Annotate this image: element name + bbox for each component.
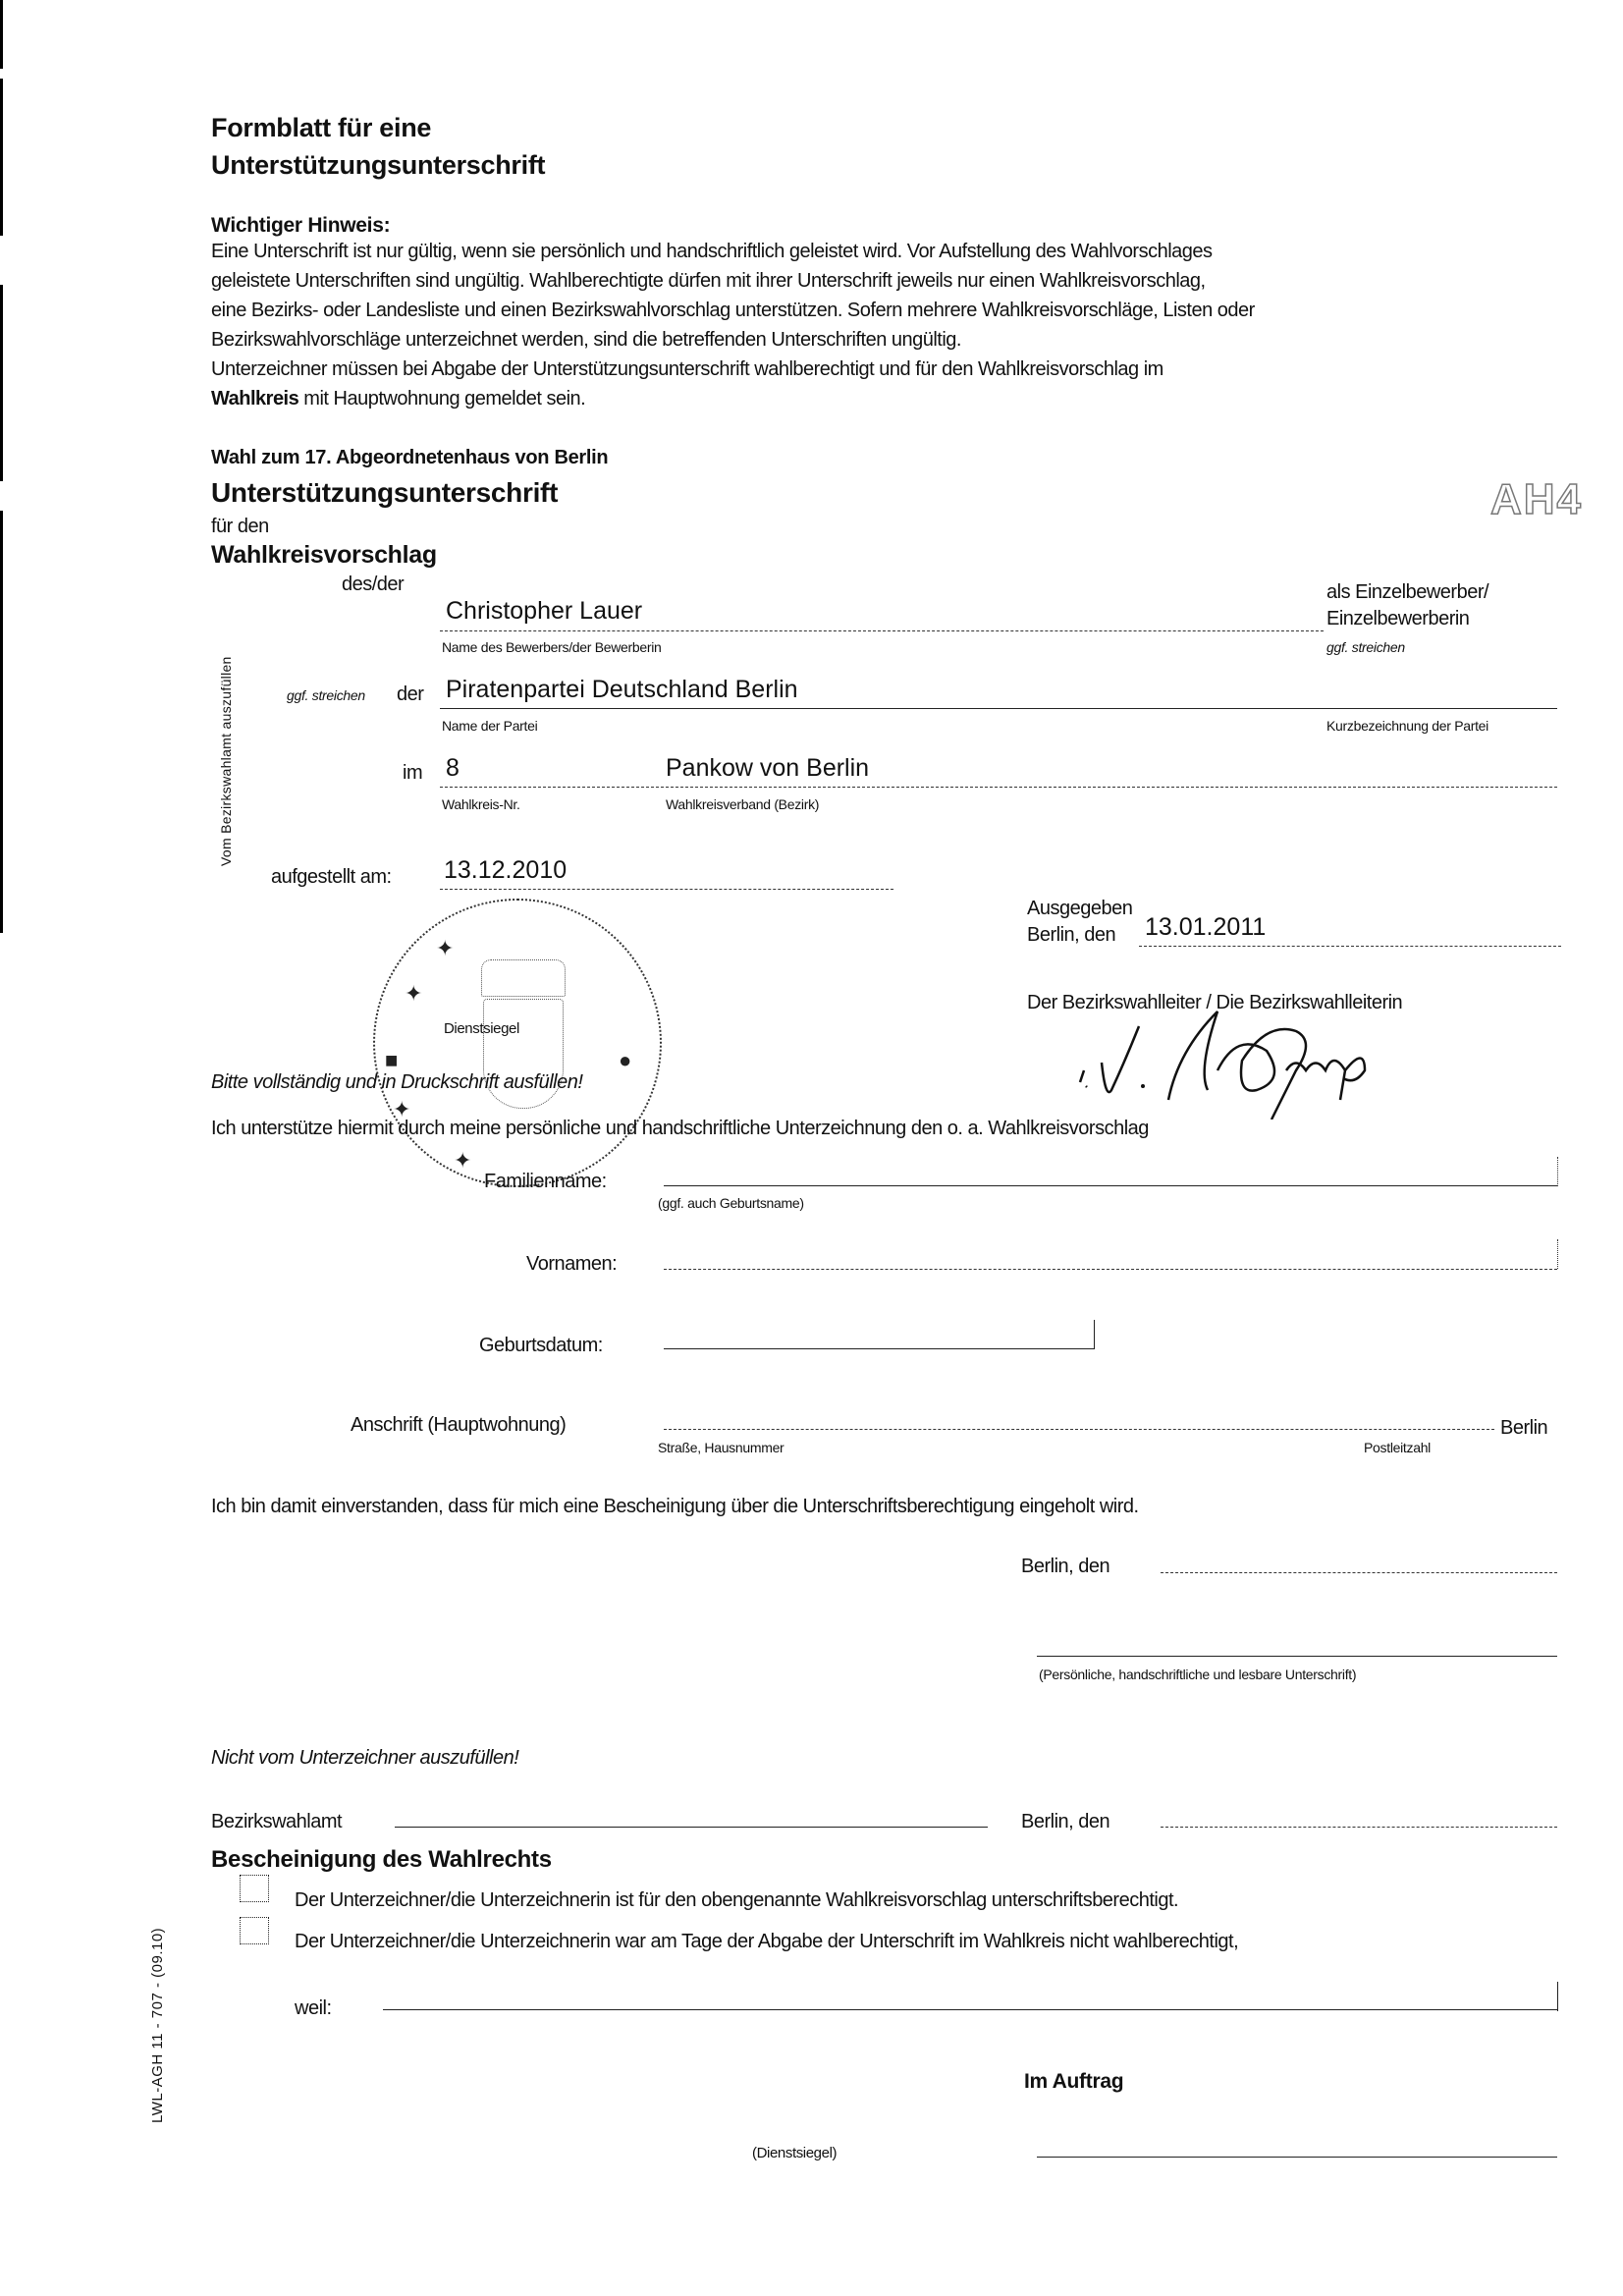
- scan-edge: [0, 79, 3, 236]
- candidate-name-line: [440, 630, 1324, 631]
- form-title-line2: Unterstützungsunterschrift: [211, 147, 545, 183]
- anschrift-line: [664, 1429, 1494, 1430]
- seal-label: Dienstsiegel: [444, 1020, 519, 1037]
- issued-date-value[interactable]: 13.01.2011: [1145, 913, 1266, 942]
- bezirkswahlamt-input[interactable]: [397, 1799, 986, 1829]
- supporter-berlin-den-label: Berlin, den: [1021, 1552, 1109, 1581]
- aufgestellt-line: [440, 889, 893, 890]
- certification-heading: Bescheinigung des Wahlrechts: [211, 1846, 552, 1874]
- aufgestellt-label: aufgestellt am:: [271, 862, 392, 892]
- vornamen-input[interactable]: [668, 1241, 1551, 1271]
- anschrift-city: Berlin: [1500, 1413, 1547, 1443]
- office-signature-line: [1037, 2157, 1557, 2158]
- party-prefix-note: ggf. streichen: [287, 687, 365, 703]
- notice-line: geleistete Unterschriften sind ungültig.…: [211, 266, 1206, 296]
- weil-line-end: [1557, 1982, 1558, 2011]
- einzelbewerber-line2: Einzelbewerberin: [1326, 604, 1469, 633]
- notice-line: Eine Unterschrift ist nur gültig, wenn s…: [211, 237, 1213, 266]
- official-signature: [1070, 992, 1443, 1120]
- proposal-type: Wahlkreisvorschlag: [211, 541, 437, 570]
- vornamen-line-end: [1557, 1239, 1558, 1269]
- party-name-value[interactable]: Piratenpartei Deutschland Berlin: [446, 676, 798, 704]
- seal-star-icon: ✦: [405, 981, 422, 1007]
- office-date-input[interactable]: [1164, 1799, 1557, 1829]
- aufgestellt-date-value[interactable]: 13.12.2010: [444, 856, 567, 885]
- familienname-line: [664, 1185, 1557, 1186]
- candidate-name-value[interactable]: Christopher Lauer: [446, 597, 642, 626]
- weil-label: weil:: [295, 1994, 332, 2023]
- office-note: Nicht vom Unterzeichner auszufüllen!: [211, 1743, 518, 1773]
- office-date-line: [1161, 1827, 1557, 1828]
- scan-edge: [0, 285, 3, 481]
- weil-line: [383, 2009, 1557, 2010]
- vornamen-label: Vornamen:: [526, 1249, 617, 1279]
- side-label: Vom Bezirkswahlamt auszufüllen: [218, 656, 234, 866]
- party-short-caption: Kurzbezeichnung der Partei: [1326, 718, 1488, 734]
- weil-input[interactable]: [385, 1986, 1553, 2015]
- fuer-den-label: für den: [211, 512, 269, 541]
- geburtsdatum-line: [664, 1348, 1094, 1349]
- supporter-date-input[interactable]: [1164, 1544, 1557, 1573]
- signature-caption: (Persönliche, handschriftliche und lesba…: [1039, 1667, 1356, 1682]
- district-line: [440, 787, 1557, 788]
- district-number-value[interactable]: 8: [446, 754, 460, 783]
- dienstsiegel-caption: (Dienstsiegel): [752, 2145, 837, 2161]
- notice-line: eine Bezirks- oder Landesliste und einen…: [211, 296, 1255, 325]
- vornamen-line: [664, 1269, 1557, 1270]
- familienname-caption: (ggf. auch Geburtsname): [658, 1195, 804, 1211]
- support-statement: Ich unterstütze hiermit durch meine pers…: [211, 1114, 1149, 1143]
- strasse-caption: Straße, Hausnummer: [658, 1440, 784, 1455]
- notice-bold-word: Wahlkreis: [211, 388, 298, 410]
- fill-instruction: Bitte vollständig und in Druckschrift au…: [211, 1067, 582, 1097]
- familienname-label: Familienname:: [484, 1167, 607, 1196]
- office-signature-field[interactable]: [1037, 2121, 1557, 2157]
- office-berlin-den-label: Berlin, den: [1021, 1807, 1109, 1836]
- official-seal-stamp: ✦ ✦ ■ ✦ ● ✦ Dienstsiegel: [373, 899, 662, 1187]
- im-auftrag-label: Im Auftrag: [1024, 2070, 1123, 2094]
- consent-text: Ich bin damit einverstanden, dass für mi…: [211, 1492, 1139, 1521]
- geburtsdatum-label: Geburtsdatum:: [479, 1331, 603, 1360]
- party-name-line: [440, 708, 1557, 709]
- notice-line: Bezirkswahlvorschläge unterzeichnet werd…: [211, 325, 961, 355]
- district-name-value[interactable]: Pankow von Berlin: [666, 754, 869, 783]
- einzelbewerber-note: ggf. streichen: [1326, 639, 1405, 655]
- des-der-label: des/der: [342, 570, 404, 599]
- notice-heading: Wichtiger Hinweis:: [211, 214, 390, 238]
- seal-star-icon: ●: [619, 1048, 631, 1073]
- district-name-caption: Wahlkreisverband (Bezirk): [666, 796, 819, 812]
- bezirkswahlamt-label: Bezirkswahlamt: [211, 1807, 342, 1836]
- geburtsdatum-line-end: [1094, 1320, 1095, 1349]
- scan-edge: [0, 0, 3, 69]
- notice-line-last: Wahlkreis mit Hauptwohnung gemeldet sein…: [211, 384, 585, 413]
- not-eligible-checkbox[interactable]: [240, 1917, 269, 1944]
- einzelbewerber-line1: als Einzelbewerber/: [1326, 577, 1488, 607]
- geburtsdatum-input[interactable]: [668, 1321, 1090, 1350]
- anschrift-input[interactable]: [668, 1402, 1492, 1432]
- seal-star-icon: ✦: [436, 936, 454, 961]
- eligible-option-label: Der Unterzeichner/die Unterzeichnerin is…: [295, 1886, 1178, 1915]
- familienname-input[interactable]: [668, 1159, 1551, 1188]
- issued-berlin-den-label: Berlin, den: [1027, 920, 1115, 950]
- form-number: LWL-AGH 11 - 707 - (09.10): [149, 1928, 166, 2123]
- ausgegeben-label: Ausgegeben: [1027, 894, 1132, 923]
- im-label: im: [403, 758, 422, 788]
- notice-rest: mit Hauptwohnung gemeldet sein.: [298, 388, 585, 410]
- candidate-name-caption: Name des Bewerbers/der Bewerberin: [442, 639, 662, 655]
- form-title-line1: Formblatt für eine: [211, 110, 431, 145]
- supporter-signature-line: [1037, 1656, 1557, 1657]
- not-eligible-option-label: Der Unterzeichner/die Unterzeichnerin wa…: [295, 1927, 1238, 1956]
- issued-date-line: [1139, 946, 1561, 947]
- bezirkswahlamt-line: [395, 1827, 988, 1828]
- plz-caption: Postleitzahl: [1364, 1440, 1431, 1455]
- eligible-checkbox[interactable]: [240, 1875, 269, 1902]
- supporter-date-line: [1161, 1572, 1557, 1573]
- election-subtitle: Wahl zum 17. Abgeordnetenhaus von Berlin: [211, 447, 608, 469]
- party-prefix: der: [397, 680, 423, 709]
- seal-star-icon: ✦: [454, 1148, 471, 1174]
- district-number-caption: Wahlkreis-Nr.: [442, 796, 520, 812]
- form-code-mark: AH4: [1490, 475, 1583, 524]
- party-caption: Name der Partei: [442, 718, 537, 734]
- seal-crown-icon: [481, 959, 566, 997]
- election-heading: Unterstützungsunterschrift: [211, 475, 558, 511]
- anschrift-label: Anschrift (Hauptwohnung): [351, 1410, 566, 1440]
- notice-line: Unterzeichner müssen bei Abgabe der Unte…: [211, 355, 1163, 384]
- supporter-signature-field[interactable]: [1037, 1615, 1557, 1655]
- scan-edge: [0, 511, 3, 933]
- familienname-line-end: [1557, 1157, 1558, 1186]
